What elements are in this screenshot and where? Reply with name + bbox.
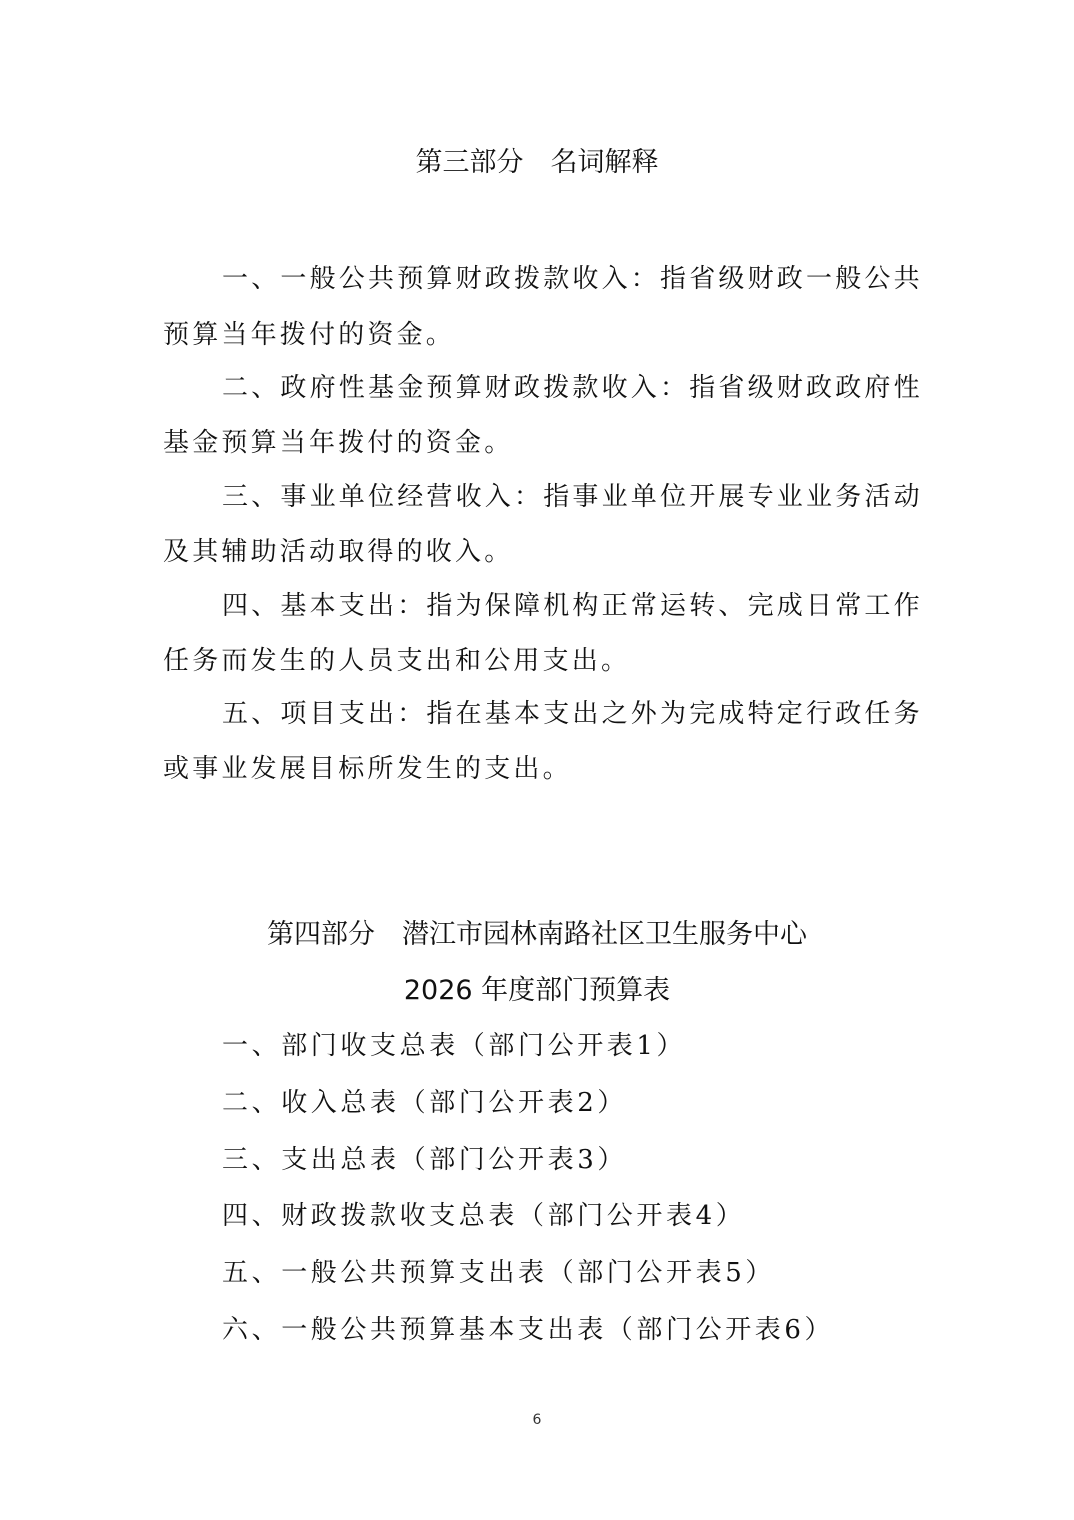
document-page: 第三部分 名词解释 一、一般公共预算财政拨款收入：指省级财政一般公共 预算当年拨…: [0, 0, 1074, 1520]
definition-5-line1: 五、项目支出：指在基本支出之外为完成特定行政任务: [222, 693, 923, 730]
table-list-item-4: 四、财政拨款收支总表（部门公开表4）: [222, 1195, 745, 1232]
table-list-item-1: 一、部门收支总表（部门公开表1）: [222, 1025, 686, 1062]
definition-1-line1: 一、一般公共预算财政拨款收入：指省级财政一般公共: [222, 258, 923, 295]
table-list-item-2: 二、收入总表（部门公开表2）: [222, 1082, 627, 1119]
page-number: 6: [0, 1412, 1074, 1428]
definition-2-line1: 二、政府性基金预算财政拨款收入：指省级财政政府性: [222, 367, 923, 404]
definition-4-line1: 四、基本支出：指为保障机构正常运转、完成日常工作: [222, 585, 923, 622]
section4-title-line1: 第四部分 潜江市园林南路社区卫生服务中心: [0, 912, 1074, 951]
section3-title: 第三部分 名词解释: [0, 140, 1074, 179]
definition-3-line2: 及其辅助活动取得的收入。: [163, 531, 513, 568]
definition-1-line2: 预算当年拨付的资金。: [163, 314, 455, 351]
table-list-item-6: 六、一般公共预算基本支出表（部门公开表6）: [222, 1309, 834, 1346]
definition-2-line2: 基金预算当年拨付的资金。: [163, 422, 513, 459]
definition-3-line1: 三、事业单位经营收入：指事业单位开展专业业务活动: [222, 476, 923, 513]
definition-5-line2: 或事业发展目标所发生的支出。: [163, 748, 572, 785]
table-list-item-3: 三、支出总表（部门公开表3）: [222, 1139, 627, 1176]
definition-4-line2: 任务而发生的人员支出和公用支出。: [163, 640, 630, 677]
table-list-item-5: 五、一般公共预算支出表（部门公开表5）: [222, 1252, 775, 1289]
section4-title-line2: 2026 年度部门预算表: [0, 968, 1074, 1007]
